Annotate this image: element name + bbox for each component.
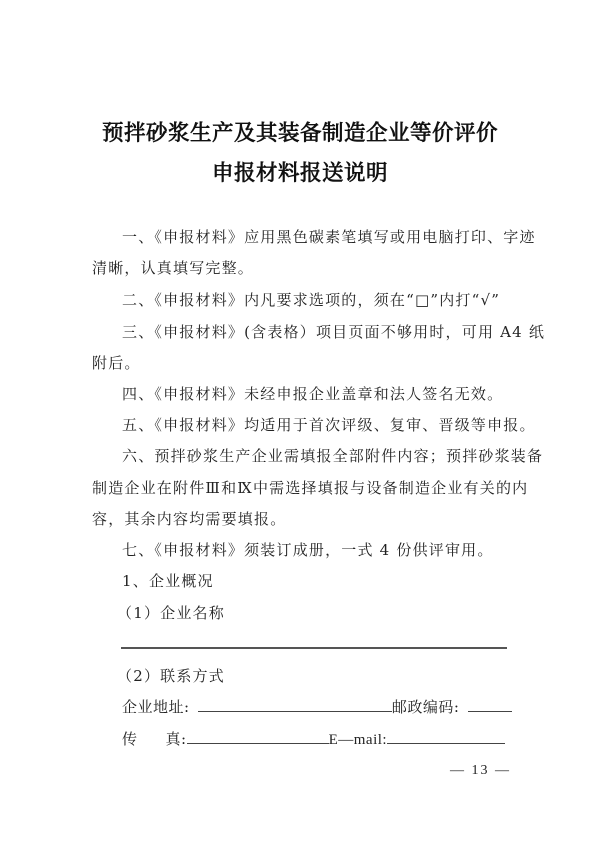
address-input-line[interactable] xyxy=(198,697,392,712)
document-title-line1: 预拌砂浆生产及其装备制造企业等价评价 xyxy=(0,116,600,147)
section-heading-company-overview: 1、企业概况 xyxy=(122,570,214,591)
page-number: — 13 — xyxy=(450,763,511,779)
instruction-1-cont: 清晰，认真填写完整。 xyxy=(92,257,254,278)
postcode-label: 邮政编码: xyxy=(392,698,460,716)
fax-label-part1: 传 xyxy=(122,730,138,748)
instruction-2: 二、《申报材料》内凡要求选项的，须在“□”内打“√” xyxy=(122,289,500,310)
email-input-line[interactable] xyxy=(387,729,505,744)
fax-email-row: 传真:E—mail: xyxy=(122,728,505,749)
postcode-input-line[interactable] xyxy=(468,697,512,712)
field-label-company-name: （1）企业名称 xyxy=(117,602,225,623)
field-label-contact: （2）联系方式 xyxy=(117,665,225,686)
instruction-7: 七、《申报材料》须装订成册，一式 4 份供评审用。 xyxy=(122,539,494,560)
address-label: 企业地址: xyxy=(122,698,190,716)
address-row: 企业地址: 邮政编码: xyxy=(122,696,512,717)
company-name-input-line[interactable] xyxy=(121,647,507,649)
instruction-6-cont1: 制造企业在附件Ⅲ和Ⅸ中需选择填报与设备制造企业有关的内 xyxy=(92,477,528,498)
fax-label-part2: 真: xyxy=(166,730,187,748)
fax-input-line[interactable] xyxy=(187,729,329,744)
instruction-6: 六、预拌砂浆生产企业需填报全部附件内容；预拌砂浆装备 xyxy=(122,445,543,466)
instruction-6-cont2: 容，其余内容均需要填报。 xyxy=(92,508,286,529)
instruction-1: 一、《申报材料》应用黑色碳素笔填写或用电脑打印、字迹 xyxy=(122,226,536,247)
document-title-line2: 申报材料报送说明 xyxy=(0,156,600,187)
email-label: E—mail: xyxy=(329,732,388,748)
instruction-5: 五、《申报材料》均适用于首次评级、复审、晋级等申报。 xyxy=(122,414,536,435)
instruction-3-cont: 附后。 xyxy=(92,352,141,373)
instruction-4: 四、《申报材料》未经申报企业盖章和法人签名无效。 xyxy=(122,383,503,404)
instruction-3: 三、《申报材料》(含表格）项目页面不够用时，可用 A4 纸 xyxy=(122,321,545,342)
